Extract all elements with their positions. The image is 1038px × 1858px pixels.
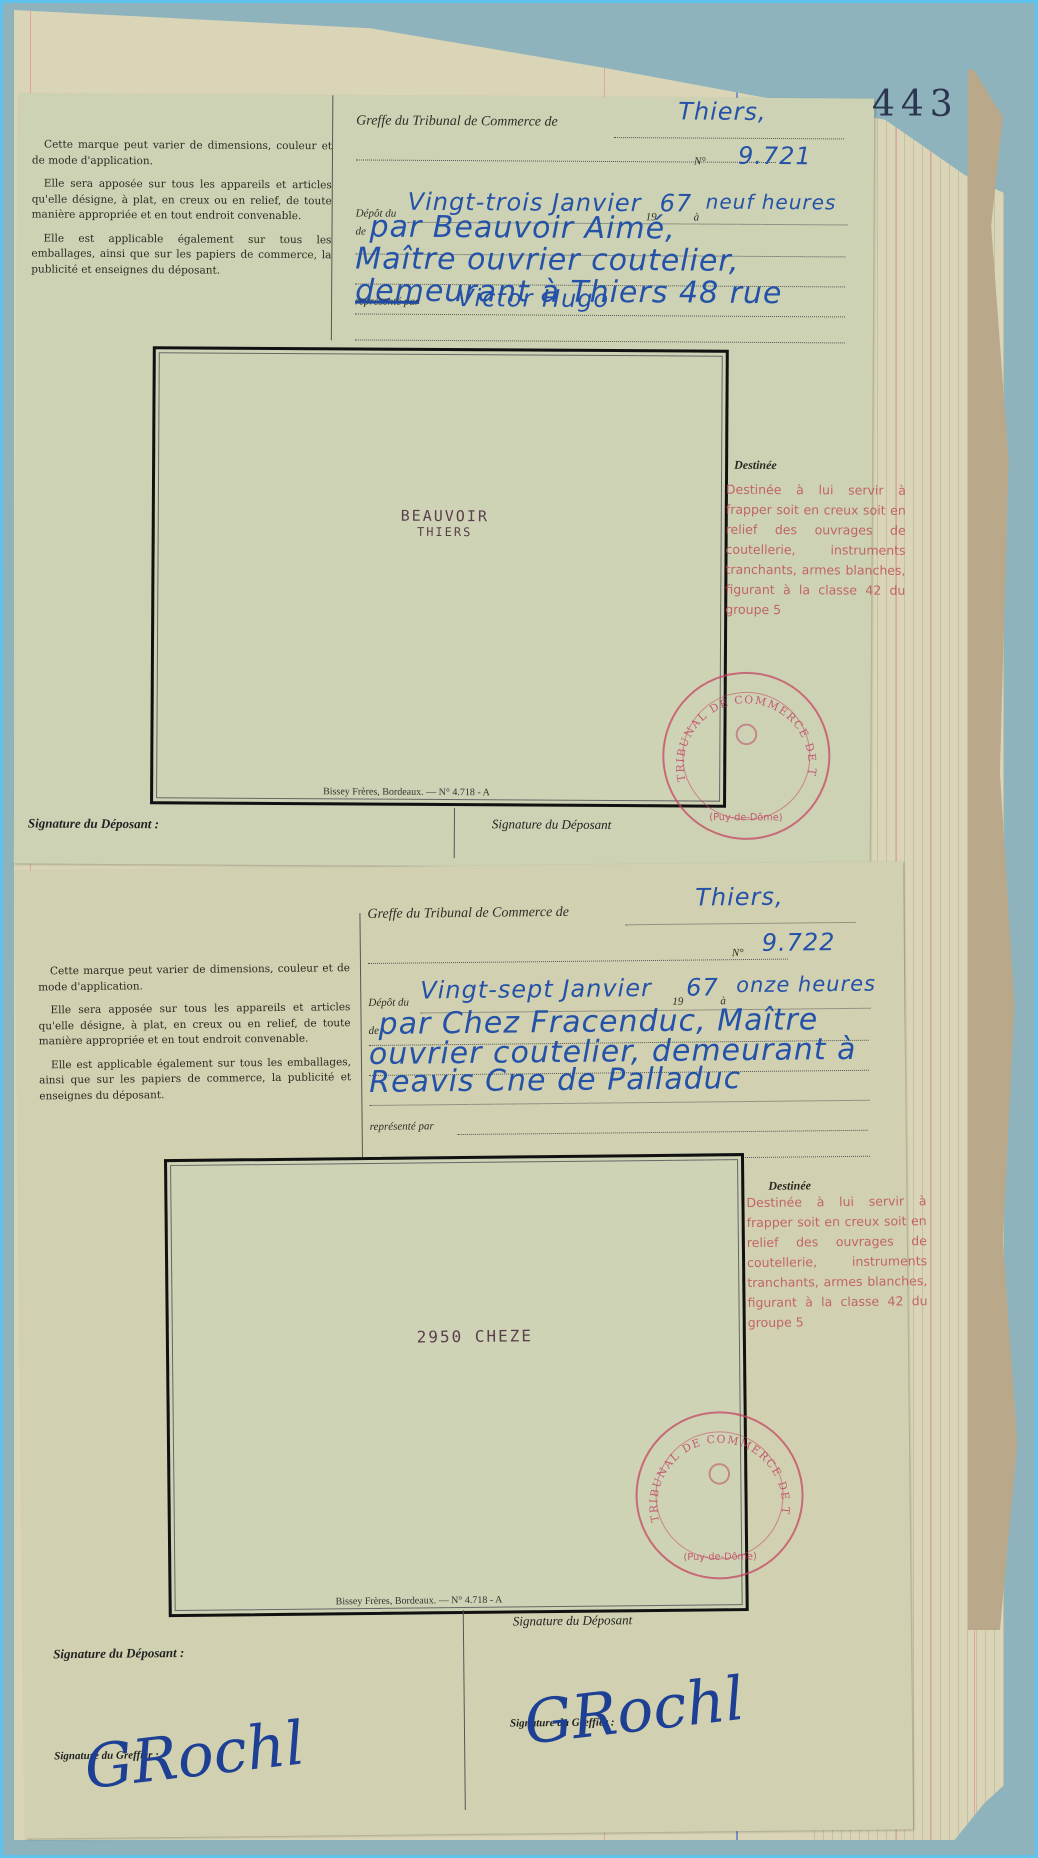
de-label: de bbox=[369, 1025, 380, 1037]
destinee-label: Destinée bbox=[734, 458, 777, 473]
page-number: 443 bbox=[872, 84, 959, 125]
year-handwritten: 67 bbox=[686, 973, 719, 1001]
stamp-line-1: BEAUVOIR bbox=[355, 506, 535, 525]
deposit-form-2: Cette marque peut varier de dimensions, … bbox=[15, 861, 913, 1838]
ledger-red-line bbox=[930, 10, 931, 1840]
depot-date-handwritten: Vingt-sept Janvier bbox=[420, 974, 652, 1004]
signature-divider bbox=[454, 808, 455, 858]
depositor-line-4: Victor Hugo bbox=[457, 284, 609, 313]
instruction-paragraph: Cette marque peut varier de dimensions, … bbox=[38, 961, 350, 995]
form-line bbox=[368, 959, 788, 964]
depositor-line-3: Reavis Cne de Palladuc bbox=[369, 1061, 741, 1100]
seal-ring-text: TRIBUNAL DE COMMERCE DE THIERS (Puy-de-D… bbox=[664, 673, 829, 838]
printer-imprint: Bissey Frères, Bordeaux. — N° 4.718 - A bbox=[336, 1595, 503, 1608]
form-instructions: Cette marque peut varier de dimensions, … bbox=[31, 137, 332, 287]
instruction-paragraph: Cette marque peut varier de dimensions, … bbox=[32, 137, 332, 170]
represente-label: représenté par bbox=[370, 1120, 434, 1133]
seal-bottom-label: (Puy-de-Dôme) bbox=[683, 1550, 756, 1563]
form-line bbox=[355, 313, 845, 317]
a-label: à bbox=[694, 212, 700, 224]
signature-depositant-label: Signature du Déposant bbox=[513, 1612, 633, 1629]
instruction-paragraph: Elle sera apposée sur tous les appareils… bbox=[32, 176, 332, 224]
form-line bbox=[369, 1100, 869, 1106]
deposit-form-1: Cette marque peut varier de dimensions, … bbox=[14, 93, 875, 868]
column-divider bbox=[359, 913, 363, 1158]
deposit-number-handwritten: 9.721 bbox=[738, 142, 812, 170]
greffe-line bbox=[626, 922, 856, 925]
form-line bbox=[458, 1130, 868, 1135]
column-divider bbox=[331, 95, 333, 340]
svg-text:TRIBUNAL DE COMMERCE DE THIERS: TRIBUNAL DE COMMERCE DE THIERS bbox=[637, 1412, 793, 1523]
greffier-signature: GRochl bbox=[81, 1708, 308, 1803]
signature-depositant-label: Signature du Déposant : bbox=[28, 815, 159, 832]
greffe-city-handwritten: Thiers, bbox=[695, 883, 784, 912]
number-label: N° bbox=[732, 947, 744, 959]
printer-imprint: Bissey Frères, Bordeaux. — N° 4.718 - A bbox=[323, 786, 490, 798]
greffe-label: Greffe du Tribunal de Commerce de bbox=[367, 905, 569, 923]
instruction-paragraph: Elle est applicable également sur tous l… bbox=[39, 1055, 351, 1105]
represente-label-struck: représenté par bbox=[355, 295, 419, 307]
tribunal-seal: TRIBUNAL DE COMMERCE DE THIERS (Puy-de-D… bbox=[635, 1410, 805, 1580]
signature-divider bbox=[463, 1610, 466, 1810]
seal-ring-label: TRIBUNAL DE COMMERCE DE THIERS bbox=[637, 1412, 793, 1523]
greffe-line bbox=[614, 137, 844, 139]
greffe-label: Greffe du Tribunal de Commerce de bbox=[356, 113, 558, 130]
form-line bbox=[355, 339, 845, 343]
stamp-line-2: THIERS bbox=[355, 524, 535, 539]
signature-depositant-label: Signature du Déposant bbox=[492, 816, 612, 833]
deposit-number-handwritten: 9.722 bbox=[762, 928, 836, 957]
torn-page-edge bbox=[968, 70, 1026, 1630]
seal-bottom-label: (Puy-de-Dôme) bbox=[709, 811, 782, 823]
form-line bbox=[356, 159, 776, 163]
svg-text:TRIBUNAL DE COMMERCE DE THIERS: TRIBUNAL DE COMMERCE DE THIERS bbox=[664, 673, 820, 783]
destinee-text: Destinée à lui servir à frapper soit en … bbox=[746, 1191, 927, 1333]
greffe-city-handwritten: Thiers, bbox=[678, 97, 766, 126]
signature-depositant-label: Signature du Déposant : bbox=[53, 1645, 184, 1662]
de-label: de bbox=[355, 225, 365, 237]
tribunal-seal: TRIBUNAL DE COMMERCE DE THIERS (Puy-de-D… bbox=[662, 671, 831, 840]
stamp-line-1: 2950 CHEZE bbox=[375, 1326, 575, 1347]
trademark-box: BEAUVOIR THIERS Bissey Frères, Bordeaux.… bbox=[150, 346, 729, 808]
instruction-paragraph: Elle sera apposée sur tous les appareils… bbox=[38, 1000, 350, 1050]
instruction-paragraph: Elle est applicable également sur tous l… bbox=[31, 231, 331, 279]
time-handwritten: neuf heures bbox=[706, 190, 837, 215]
trademark-stamp: BEAUVOIR THIERS bbox=[355, 506, 535, 539]
number-label: N° bbox=[694, 156, 706, 168]
time-handwritten: onze heures bbox=[736, 972, 876, 997]
seal-ring-label: TRIBUNAL DE COMMERCE DE THIERS bbox=[664, 673, 820, 783]
seal-ring-text: TRIBUNAL DE COMMERCE DE THIERS (Puy-de-D… bbox=[637, 1412, 803, 1578]
trademark-stamp: 2950 CHEZE bbox=[375, 1326, 575, 1347]
greffier-signature: GRochl bbox=[521, 1664, 748, 1759]
destinee-text: Destinée à lui servir à frapper soit en … bbox=[725, 480, 906, 621]
form-instructions: Cette marque peut varier de dimensions, … bbox=[38, 961, 352, 1112]
